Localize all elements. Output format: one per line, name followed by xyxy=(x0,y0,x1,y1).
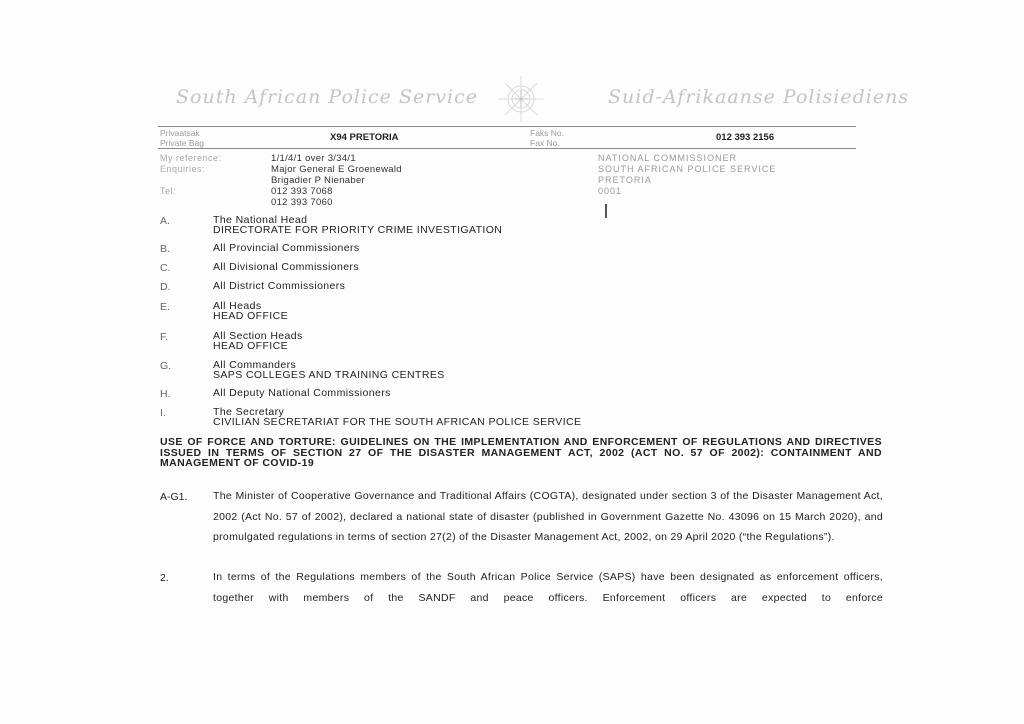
fax-label: Faks No. Fax No. xyxy=(530,128,564,148)
recipient-letter: G. xyxy=(160,360,171,372)
my-reference-value: 1/1/4/1 over 3/34/1 xyxy=(271,153,356,164)
address-line-3: PRETORIA xyxy=(598,175,652,185)
recipient-letter: F. xyxy=(160,331,168,343)
text-cursor-mark xyxy=(605,204,607,218)
recipient-f: All Section Heads HEAD OFFICE xyxy=(213,331,303,351)
paragraph-1: The Minister of Cooperative Governance a… xyxy=(213,486,883,548)
subject-heading: USE OF FORCE AND TORTURE: GUIDELINES ON … xyxy=(160,437,882,469)
fax-value: 012 393 2156 xyxy=(716,132,774,143)
recipient-b: All Provincial Commissioners xyxy=(213,243,360,253)
enquiries-2: Brigadier P Nienaber xyxy=(271,175,365,186)
recipient-c: All Divisional Commissioners xyxy=(213,262,359,272)
saps-emblem-icon xyxy=(496,74,546,124)
recipient-letter: D. xyxy=(160,281,171,293)
recipient-letter: E. xyxy=(160,301,170,313)
recipient-d: All District Commissioners xyxy=(213,281,345,291)
enquiries-label: Enquiries: xyxy=(160,164,205,174)
letterhead-afrikaans: Suid-Afrikaanse Polisiediens xyxy=(608,86,909,108)
private-bag-label: Privaatsak Private Bag xyxy=(160,128,204,148)
paragraph-2: In terms of the Regulations members of t… xyxy=(213,567,883,608)
tel-label: Tel: xyxy=(160,186,176,196)
recipient-letter: B. xyxy=(160,243,170,255)
address-line-4: 0001 xyxy=(598,186,622,196)
recipient-letter: H. xyxy=(160,388,171,400)
recipient-e: All Heads HEAD OFFICE xyxy=(213,301,288,321)
private-bag-value: X94 PRETORIA xyxy=(330,132,398,143)
my-reference-label: My reference: xyxy=(160,153,222,163)
recipient-h: All Deputy National Commissioners xyxy=(213,388,391,398)
recipient-letter: A. xyxy=(160,215,170,227)
tel-2: 012 393 7060 xyxy=(271,197,333,208)
paragraph-number: A-G1. xyxy=(160,491,187,503)
address-line-1: NATIONAL COMMISSIONER xyxy=(598,153,737,163)
recipient-a: The National Head DIRECTORATE FOR PRIORI… xyxy=(213,215,502,235)
paragraph-number: 2. xyxy=(160,572,169,584)
tel-1: 012 393 7068 xyxy=(271,186,333,197)
letterhead-english: South African Police Service xyxy=(176,86,478,108)
recipient-letter: I. xyxy=(160,407,166,419)
recipient-letter: C. xyxy=(160,262,171,274)
header-rule-top xyxy=(158,126,856,127)
header-rule-bottom xyxy=(158,148,856,149)
recipient-g: All Commanders SAPS COLLEGES AND TRAININ… xyxy=(213,360,445,380)
enquiries-1: Major General E Groenewald xyxy=(271,164,402,175)
document-page: South African Police Service Suid-Afrika… xyxy=(0,0,1024,724)
address-line-2: SOUTH AFRICAN POLICE SERVICE xyxy=(598,164,776,174)
recipient-i: The Secretary CIVILIAN SECRETARIAT FOR T… xyxy=(213,407,581,427)
